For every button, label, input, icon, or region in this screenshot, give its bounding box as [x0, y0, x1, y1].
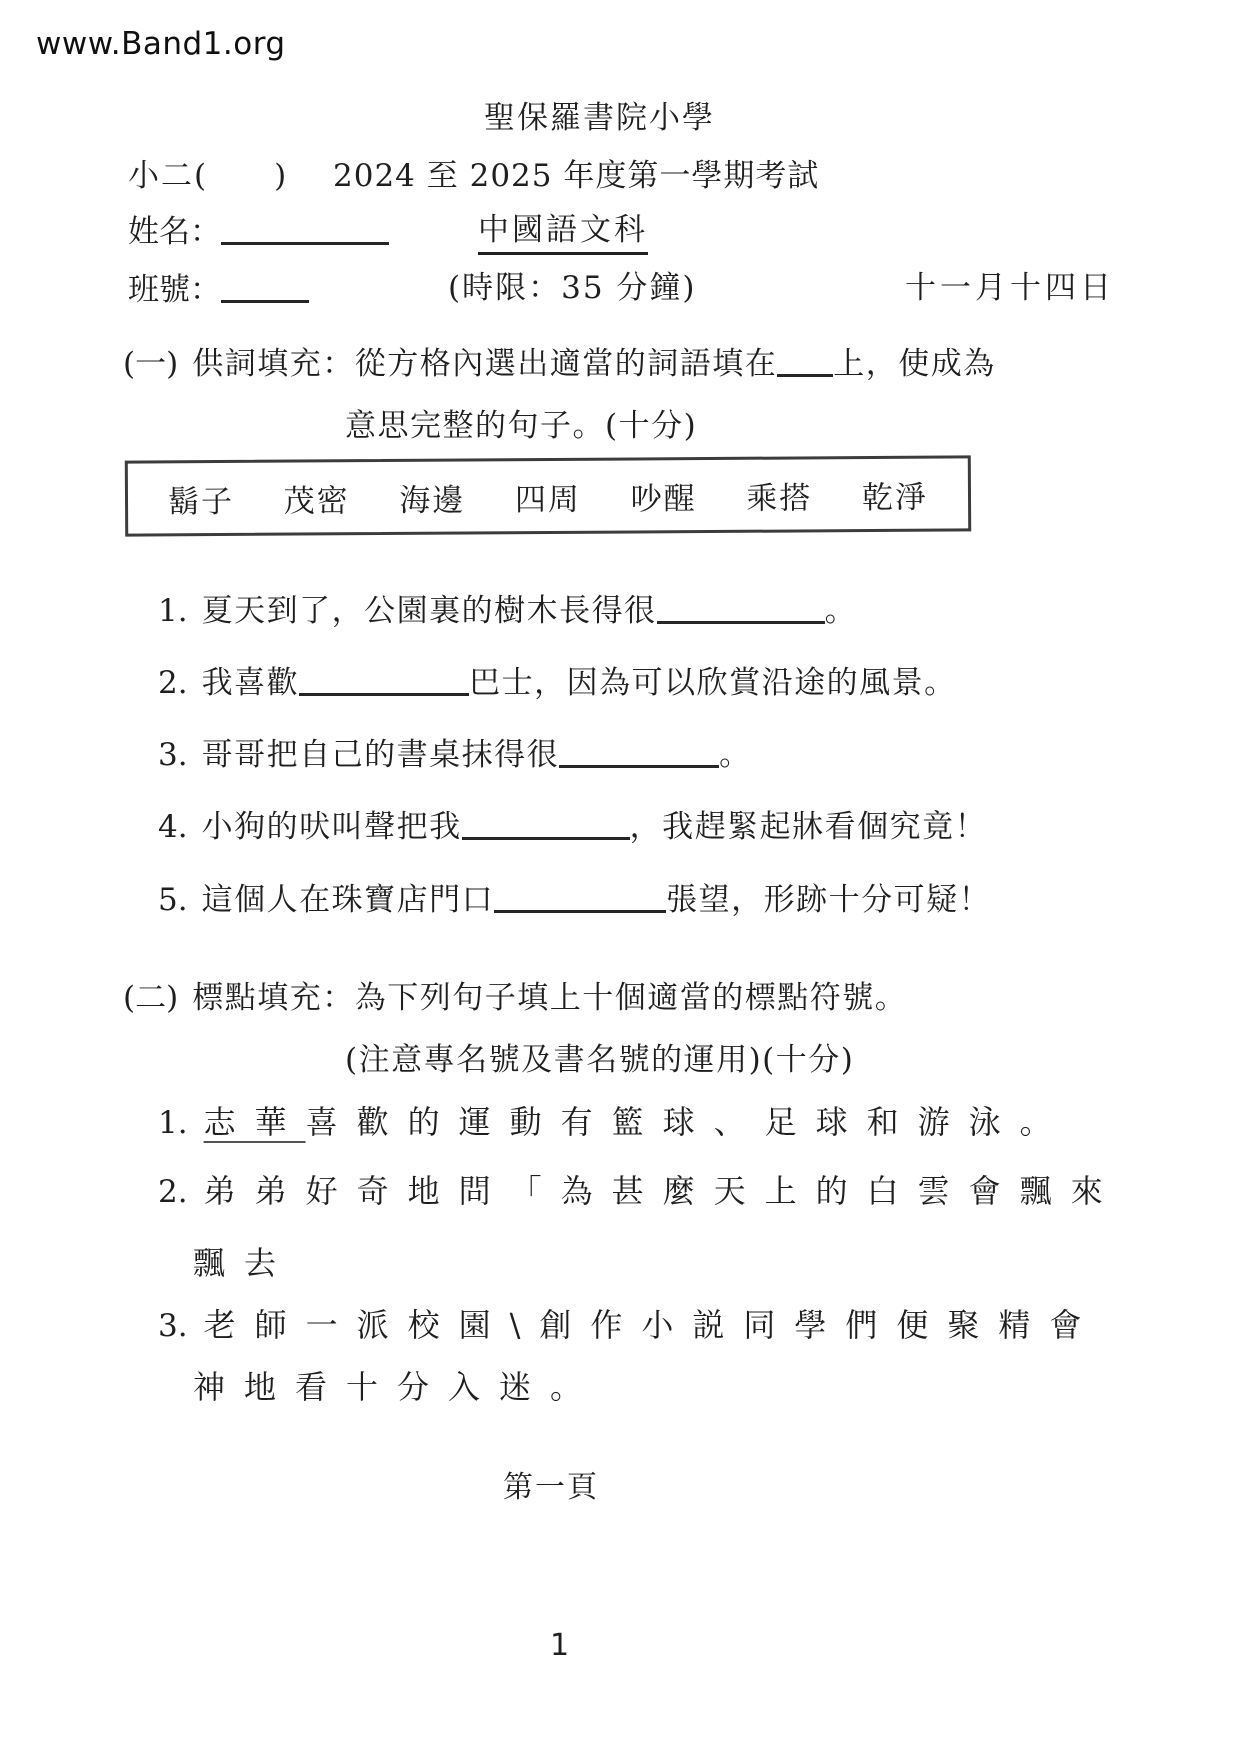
punctuation-sentence-3-continued: 神地看十分入迷。: [193, 1362, 601, 1408]
word-bank-item: 吵醒: [630, 473, 696, 518]
school-name: 聖保羅書院小學: [484, 92, 715, 137]
class-no-blank-line: [221, 271, 309, 303]
word-bank-item: 海邊: [399, 474, 465, 519]
question-text-pre: 小狗的吠叫聲把我: [202, 809, 462, 845]
question-text-pre: 哥哥把自己的書桌抹得很: [202, 737, 560, 773]
section2-number: (二): [123, 980, 178, 1016]
question-text-post: 。: [719, 737, 752, 773]
word-bank-item: 茂密: [284, 475, 350, 520]
question-4: 4.小狗的吠叫聲把我，我趕緊起牀看個究竟！: [158, 801, 987, 846]
sentence-text: 弟弟好奇地問「為甚麼天上的白雲會飄來: [204, 1172, 1122, 1210]
proper-name-marked: 志華: [204, 1103, 306, 1141]
sentence-number: 1.: [158, 1105, 188, 1141]
question-text-pre: 我喜歡: [202, 665, 300, 701]
punctuation-sentence-2: 2.弟弟好奇地問「為甚麼天上的白雲會飄來: [158, 1166, 1122, 1212]
section2-heading: (二)標點填充：為下列句子填上十個適當的標點符號。: [123, 972, 907, 1017]
answer-blank-line: [299, 664, 469, 696]
section1-instruction-blank: [777, 345, 833, 377]
section2-instruction: 標點填充：為下列句子填上十個適當的標點符號。: [192, 980, 907, 1016]
question-text-post: 張望，形跡十分可疑！: [666, 882, 991, 918]
question-number: 4.: [158, 809, 188, 845]
answer-blank-line: [462, 808, 630, 840]
exam-date: 十一月十四日: [905, 262, 1115, 307]
word-bank-item: 乾淨: [862, 471, 928, 516]
answer-blank-line: [559, 736, 719, 768]
question-1: 1.夏天到了，公園裏的樹木長得很。: [158, 585, 857, 630]
sentence-number: 2.: [158, 1174, 188, 1210]
name-blank-line: [221, 213, 389, 245]
punctuation-sentence-3: 3.老師一派校園\創作小説同學們便聚精會: [158, 1300, 1100, 1346]
punctuation-sentence-1: 1.志華喜歡的運動有籃球、足球和游泳。: [158, 1097, 1071, 1143]
question-number: 3.: [158, 737, 188, 773]
question-5: 5.這個人在珠寶店門口張望，形跡十分可疑！: [158, 874, 991, 919]
name-field: 姓名：: [128, 206, 389, 251]
class-field: 小二( ): [128, 150, 288, 195]
question-number: 2.: [158, 665, 188, 701]
time-limit: (時限：35 分鐘): [448, 262, 697, 307]
question-number: 5.: [158, 882, 188, 918]
section1-instruction-post: 上，使成為: [833, 346, 996, 382]
subject-title: 中國語文科: [478, 204, 648, 249]
question-text-post: 。: [825, 593, 858, 629]
word-bank-item: 四周: [515, 473, 581, 518]
sentence-number: 3.: [158, 1308, 188, 1344]
section1-heading: (一)供詞填充：從方格內選出適當的詞語填在上，使成為: [123, 338, 996, 383]
word-bank-item: 乘搭: [746, 472, 812, 517]
section1-instruction-line2: 意思完整的句子。(十分): [345, 400, 697, 445]
name-label: 姓名：: [128, 214, 221, 250]
section1-instruction-pre: 供詞填充：從方格內選出適當的詞語填在: [192, 346, 777, 382]
page-footer-label: 第一頁: [503, 1462, 599, 1506]
word-bank-box: 鬍子 茂密 海邊 四周 吵醒 乘搭 乾淨: [125, 455, 971, 536]
sentence-text: 老師一派校園\創作小説同學們便聚精會: [204, 1306, 1101, 1344]
page-number: 1: [550, 1628, 569, 1663]
word-bank-item: 鬍子: [168, 475, 234, 520]
section2-instruction-line2: (注意專名號及書名號的運用)(十分): [345, 1034, 854, 1079]
class-no-label: 班號：: [128, 272, 221, 308]
exam-paper-page: www.Band1.org 聖保羅書院小學 小二( ) 2024 至 2025 …: [0, 0, 1240, 1754]
question-text-post: ，我趕緊起牀看個究竟！: [630, 809, 988, 845]
class-no-field: 班號：: [128, 264, 309, 309]
question-text-pre: 這個人在珠寶店門口: [202, 882, 495, 918]
subject-label: 中國語文科: [478, 212, 648, 255]
answer-blank-line: [657, 592, 825, 624]
question-3: 3.哥哥把自己的書桌抹得很。: [158, 729, 752, 774]
sentence-text: 喜歡的運動有籃球、足球和游泳。: [306, 1103, 1071, 1141]
question-text-post: 巴士，因為可以欣賞沿途的風景。: [469, 665, 957, 701]
watermark-url: www.Band1.org: [36, 26, 286, 62]
question-text-pre: 夏天到了，公園裏的樹木長得很: [202, 593, 657, 629]
question-number: 1.: [158, 593, 188, 629]
answer-blank-line: [494, 881, 666, 913]
punctuation-sentence-2-continued: 飄去: [193, 1238, 295, 1284]
question-2: 2.我喜歡巴士，因為可以欣賞沿途的風景。: [158, 657, 957, 702]
exam-title: 2024 至 2025 年度第一學期考試: [333, 150, 819, 195]
section1-number: (一): [123, 346, 178, 382]
